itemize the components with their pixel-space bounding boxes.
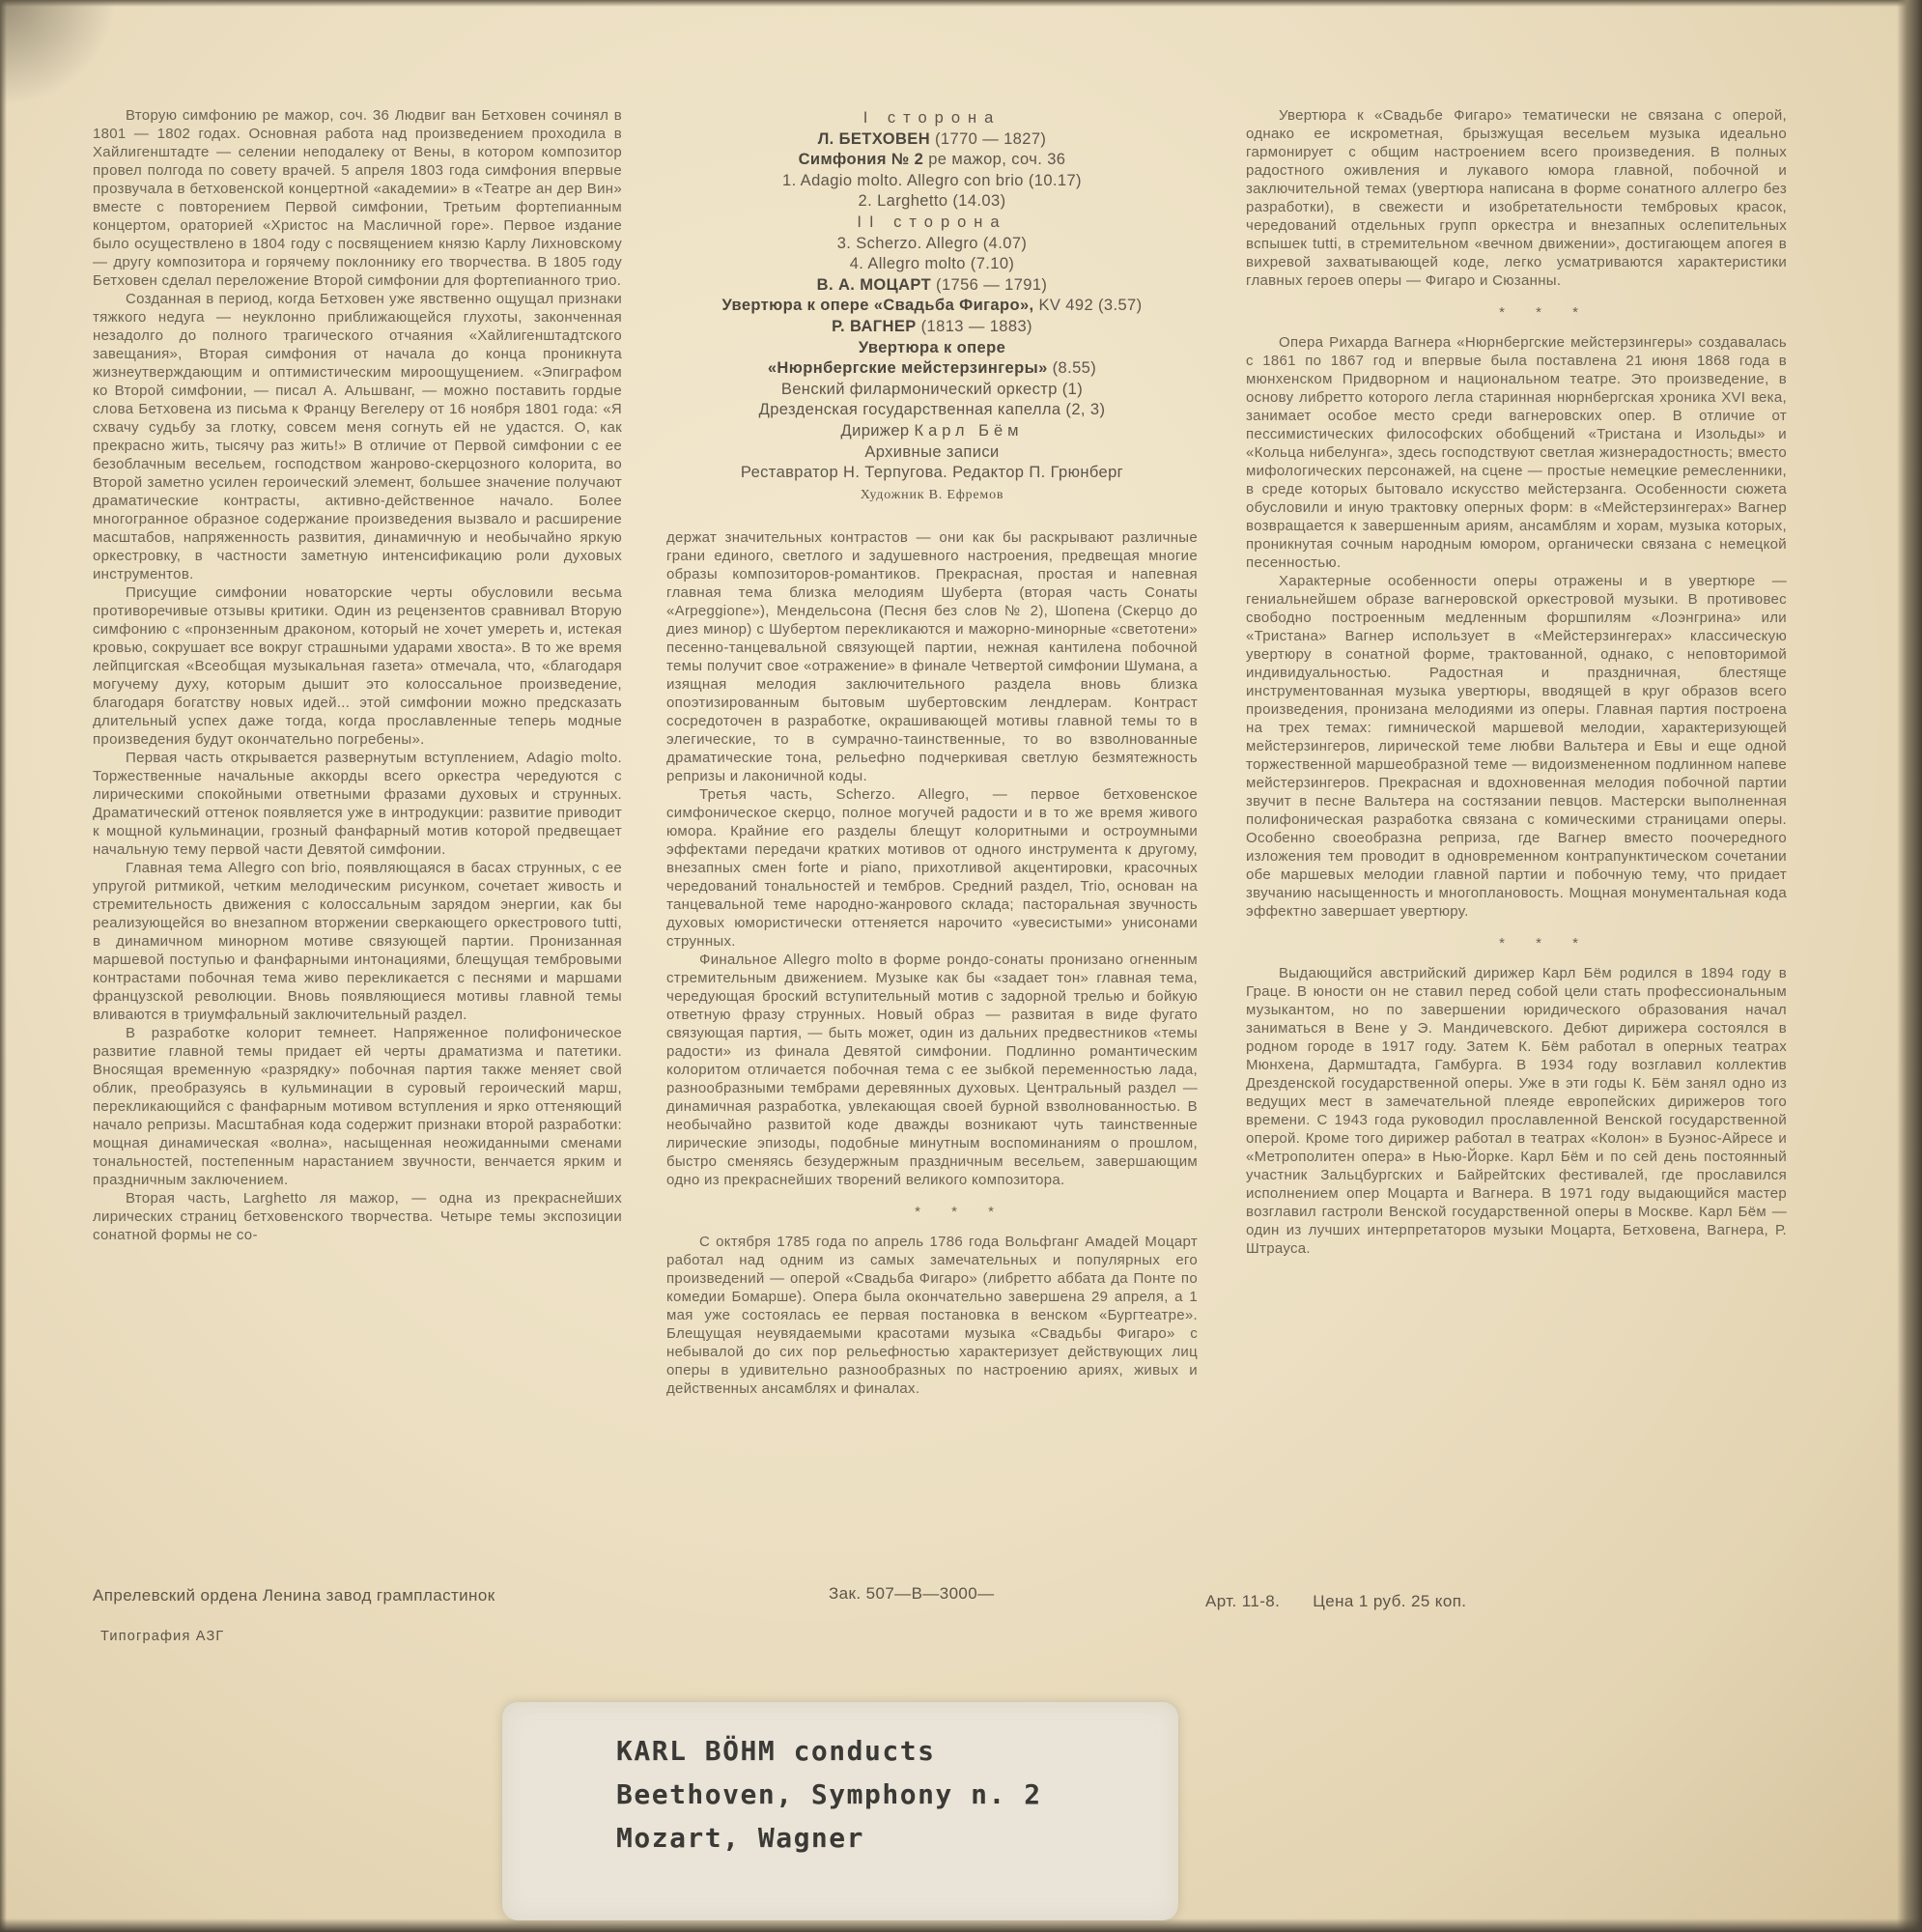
typewritten-label-text: KARL BÖHM conductsBeethoven, Symphony n.…: [616, 1729, 1042, 1860]
tracklist-segment: Архивные записи: [864, 443, 999, 461]
typewritten-label-line: Mozart, Wagner: [616, 1816, 1042, 1860]
liner-notes-paragraph: С октября 1785 года по апрель 1786 года …: [666, 1233, 1198, 1398]
tracklist-line: Увертюра к опере «Свадьба Фигаро», KV 49…: [636, 296, 1229, 317]
tracklist-segment: Увертюра к опере: [859, 339, 1005, 356]
liner-notes-paragraph: Выдающийся австрийский дирижер Карл Бём …: [1246, 964, 1787, 1258]
typewritten-label-line: KARL BÖHM conducts: [616, 1729, 1042, 1773]
tracklist-line: Реставратор Н. Терпугова. Редактор П. Гр…: [636, 463, 1229, 484]
tracklist-line: «Нюрнбергские мейстерзингеры» (8.55): [636, 358, 1229, 380]
tracklist-segment: Карл Бём: [915, 422, 1024, 440]
tracklist: I сторонаЛ. БЕТХОВЕН (1770 — 1827)Симфон…: [636, 108, 1229, 505]
tracklist-segment: (1813 — 1883): [917, 318, 1032, 335]
tracklist-segment: 3. Scherzo. Allegro (4.07): [837, 235, 1028, 252]
tracklist-line: II сторона: [636, 213, 1229, 234]
tracklist-segment: Художник В. Ефремов: [861, 488, 1004, 502]
tracklist-line: Л. БЕТХОВЕН (1770 — 1827): [636, 129, 1229, 151]
article-number: Арт. 11-8.: [1205, 1592, 1280, 1610]
tracklist-segment: I сторона: [863, 109, 1002, 127]
paper-edge-top: [0, 0, 1922, 7]
liner-notes-column-right: Увертюра к «Свадьбе Фигаро» тематически …: [1246, 106, 1787, 1258]
tracklist-segment: Увертюра к опере «Свадьба Фигаро»,: [721, 297, 1033, 314]
tracklist-line: Симфония № 2 ре мажор, соч. 36: [636, 150, 1229, 171]
liner-notes-paragraph: Первая часть открывается развернутым вст…: [93, 749, 622, 859]
tracklist-segment: (1770 — 1827): [930, 130, 1046, 148]
section-separator: * * *: [724, 1203, 1198, 1221]
liner-notes-column-left: Вторую симфонию ре мажор, соч. 36 Людвиг…: [93, 106, 622, 1244]
liner-notes-paragraph: Присущие симфонии новаторские черты обус…: [93, 583, 622, 749]
liner-notes-paragraph: Увертюра к «Свадьбе Фигаро» тематически …: [1246, 106, 1787, 290]
tracklist-line: Дирижер Карл Бём: [636, 421, 1229, 442]
tracklist-segment: В. А. МОЦАРТ: [817, 276, 931, 294]
liner-notes-paragraph: Главная тема Allegro con brio, появляюща…: [93, 859, 622, 1024]
tracklist-line: 1. Adagio molto. Allegro con brio (10.17…: [636, 171, 1229, 192]
tracklist-segment: Симфония № 2: [799, 151, 924, 168]
tracklist-segment: (1756 — 1791): [931, 276, 1047, 294]
tracklist-line: 2. Larghetto (14.03): [636, 191, 1229, 213]
price: Цена 1 руб. 25 коп.: [1313, 1592, 1466, 1610]
tracklist-segment: Дрезденская государственная капелла (2, …: [759, 401, 1106, 418]
liner-notes-paragraph: Характерные особенности оперы отражены и…: [1246, 572, 1787, 921]
tracklist-segment: 2. Larghetto (14.03): [859, 192, 1006, 210]
tracklist-line: I сторона: [636, 108, 1229, 129]
tracklist-segment: Венский филармонический оркестр (1): [781, 381, 1083, 398]
print-order-number: Зак. 507—В—3000—: [829, 1584, 995, 1604]
tracklist-line: 4. Allegro molto (7.10): [636, 254, 1229, 275]
pressing-plant-credit: Апрелевский ордена Ленина завод грамплас…: [93, 1586, 495, 1605]
liner-notes-paragraph: Третья часть, Scherzo. Allegro, — первое…: [666, 785, 1198, 951]
tracklist-segment: 1. Adagio molto. Allegro con brio (10.17…: [782, 172, 1082, 189]
tracklist-segment: ре мажор, соч. 36: [923, 151, 1065, 168]
paper-edge-right: [1897, 0, 1922, 1932]
tracklist-segment: II сторона: [857, 213, 1006, 231]
tracklist-line: Дрезденская государственная капелла (2, …: [636, 400, 1229, 421]
catalog-and-price: Арт. 11-8.Цена 1 руб. 25 коп.: [1205, 1592, 1466, 1611]
section-separator: * * *: [1304, 303, 1787, 322]
liner-notes-paragraph: Опера Рихарда Вагнера «Нюрнбергские мейс…: [1246, 333, 1787, 572]
liner-notes-paragraph: Вторую симфонию ре мажор, соч. 36 Людвиг…: [93, 106, 622, 290]
liner-notes-paragraph: Вторая часть, Larghetto ля мажор, — одна…: [93, 1189, 622, 1244]
tracklist-segment: Р. ВАГНЕР: [832, 318, 917, 335]
paper-edge-left: [0, 0, 7, 1932]
tracklist-segment: KV 492 (3.57): [1034, 297, 1143, 314]
typewritten-label: KARL BÖHM conductsBeethoven, Symphony n.…: [502, 1702, 1178, 1920]
tracklist-segment: Реставратор Н. Терпугова. Редактор П. Гр…: [741, 464, 1123, 481]
tracklist-line: Художник В. Ефремов: [636, 484, 1229, 506]
section-separator: * * *: [1304, 934, 1787, 952]
record-sleeve-back: Вторую симфонию ре мажор, соч. 36 Людвиг…: [0, 0, 1922, 1932]
tracklist-line: Р. ВАГНЕР (1813 — 1883): [636, 317, 1229, 338]
tracklist-line: 3. Scherzo. Allegro (4.07): [636, 234, 1229, 255]
liner-notes-paragraph: Созданная в период, когда Бетховен уже я…: [93, 290, 622, 583]
tracklist-line: Архивные записи: [636, 442, 1229, 464]
tracklist-segment: 4. Allegro molto (7.10): [850, 255, 1015, 272]
tracklist-segment: (8.55): [1048, 359, 1097, 377]
liner-notes-paragraph: держат значительных контрастов — они как…: [666, 528, 1198, 785]
tracklist-segment: «Нюрнбергские мейстерзингеры»: [768, 359, 1048, 377]
tracklist-segment: Л. БЕТХОВЕН: [818, 130, 930, 148]
tracklist-line: Увертюра к опере: [636, 338, 1229, 359]
liner-notes-paragraph: Финальное Allegro molto в форме рондо-со…: [666, 951, 1198, 1189]
paper-edge-bottom: [0, 1918, 1922, 1932]
typewritten-label-line: Beethoven, Symphony n. 2: [616, 1773, 1042, 1816]
tracklist-line: В. А. МОЦАРТ (1756 — 1791): [636, 275, 1229, 297]
liner-notes-paragraph: В разработке колорит темнеет. Напряженно…: [93, 1024, 622, 1189]
print-shop-credit: Типография АЗГ: [100, 1629, 224, 1644]
tracklist-segment: Дирижер: [841, 422, 915, 440]
liner-notes-column-middle: I сторонаЛ. БЕТХОВЕН (1770 — 1827)Симфон…: [666, 106, 1198, 1398]
tracklist-line: Венский филармонический оркестр (1): [636, 380, 1229, 401]
scan-corner-shadow: [0, 0, 116, 106]
